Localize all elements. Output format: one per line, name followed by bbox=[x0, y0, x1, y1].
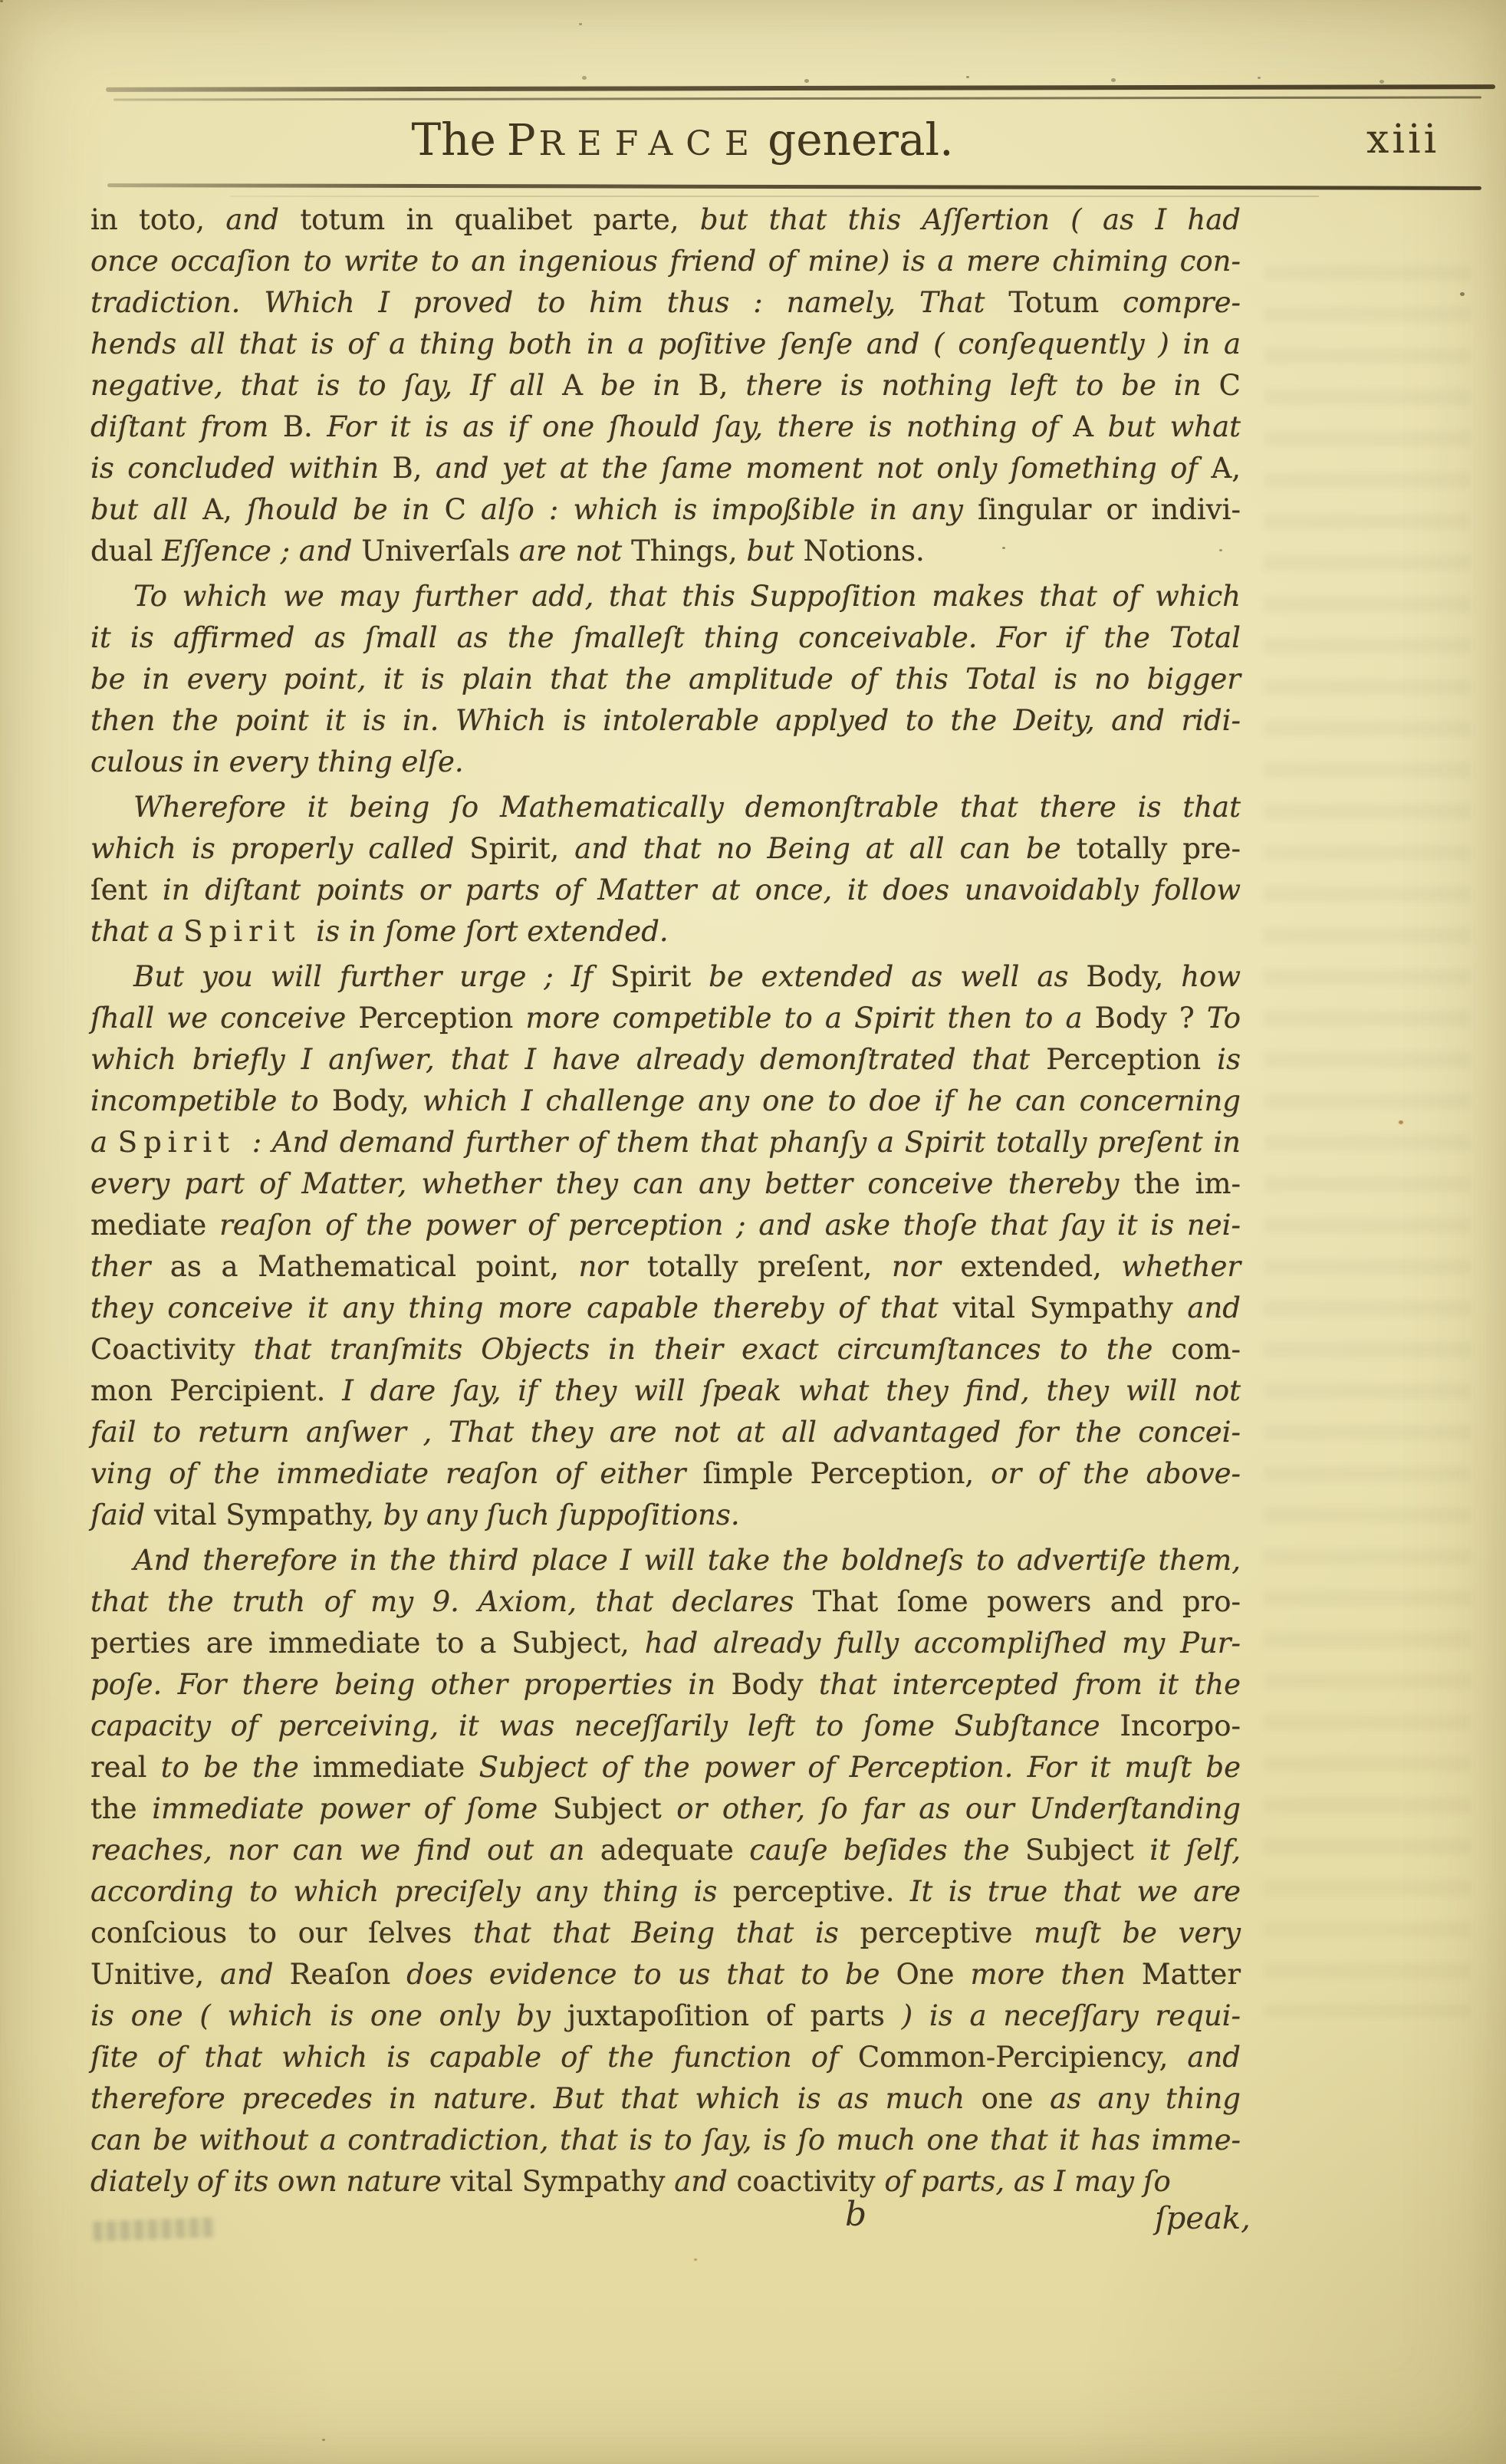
text-line: which briefly I anſwer, that I have alre… bbox=[90, 1039, 1241, 1081]
text-line: ſite of that which is capable of the fun… bbox=[90, 2037, 1241, 2078]
paragraph: in toto, and totum in qualibet parte, bu… bbox=[90, 199, 1241, 572]
header-rule-echo bbox=[230, 196, 1319, 197]
body-text: in toto, and totum in qualibet parte, bu… bbox=[90, 199, 1241, 2202]
paper-flecks bbox=[0, 0, 3, 2]
text-line: hends all that is of a thing both in a p… bbox=[90, 324, 1241, 365]
text-line: To which we may further add, that this S… bbox=[90, 576, 1241, 617]
signature-mark: b bbox=[845, 2195, 866, 2234]
text-line: ving of the immediate reaſon of either ſ… bbox=[90, 1453, 1241, 1495]
text-line: in toto, and totum in qualibet parte, bu… bbox=[90, 199, 1241, 241]
catchword: ſpeak, bbox=[1155, 2201, 1251, 2236]
top-rule-thick bbox=[106, 84, 1495, 92]
text-line: diately of its own nature vital Sympathy… bbox=[90, 2161, 1241, 2202]
text-line: it is affirmed as ſmall as the ſmalleſt … bbox=[90, 617, 1241, 659]
text-line: then the point it is in. Which is intole… bbox=[90, 700, 1241, 742]
text-line: be in every point, it is plain that the … bbox=[90, 659, 1241, 700]
text-line: incompetible to Body, which I challenge … bbox=[90, 1081, 1241, 1122]
text-line: but all A, ſhould be in C alſo : which i… bbox=[90, 489, 1241, 531]
text-line: therefore precedes in nature. But that w… bbox=[90, 2078, 1241, 2120]
text-line: Unitive, and Reaſon does evidence to us … bbox=[90, 1954, 1241, 1995]
text-line: ſaid vital Sympathy, by any ſuch ſuppoſi… bbox=[90, 1495, 1241, 1536]
show-through-stain bbox=[1264, 253, 1471, 2017]
header-rule bbox=[107, 183, 1481, 190]
text-line: Wherefore it being ſo Mathematically dem… bbox=[90, 787, 1241, 828]
text-line: But you will further urge ; If Spirit be… bbox=[90, 956, 1241, 998]
text-line: is one ( which is one only by juxtapoſit… bbox=[90, 1995, 1241, 2037]
show-through-stamp bbox=[94, 2217, 215, 2241]
text-line: that a Spirit is in ſome ſort extended. bbox=[90, 911, 1241, 952]
text-line: they conceive it any thing more capable … bbox=[90, 1288, 1241, 1329]
text-line: conſcious to our ſelves that that Being … bbox=[90, 1913, 1241, 1954]
text-line: diſtant from B. For it is as if one ſhou… bbox=[90, 406, 1241, 448]
text-line: is concluded within B, and yet at the ſa… bbox=[90, 448, 1241, 489]
text-line: once occaſion to write to an ingenious f… bbox=[90, 241, 1241, 282]
text-line: poſe. For there being other properties i… bbox=[90, 1664, 1241, 1706]
text-line: which is properly called Spirit, and tha… bbox=[90, 828, 1241, 870]
text-line: mon Percipient. I dare ſay, if they will… bbox=[90, 1370, 1241, 1412]
text-line: ſhall we conceive Perception more compet… bbox=[90, 998, 1241, 1039]
text-line: dual Eſſence ; and Univerſals are not Th… bbox=[90, 531, 1241, 572]
page-number: xiii bbox=[1366, 117, 1439, 163]
text-line: reaches, nor can we find out an adequate… bbox=[90, 1830, 1241, 1871]
paragraph: Wherefore it being ſo Mathematically dem… bbox=[90, 787, 1241, 952]
text-line: And therefore in the third place I will … bbox=[90, 1540, 1241, 1581]
text-line: tradiction. Which I proved to him thus :… bbox=[90, 282, 1241, 324]
running-header: ThePREFACE general. bbox=[107, 113, 1258, 166]
text-line: fail to return anſwer , That they are no… bbox=[90, 1412, 1241, 1453]
text-line: culous in every thing elſe. bbox=[90, 742, 1241, 783]
text-line: ſent in diſtant points or parts of Matte… bbox=[90, 870, 1241, 911]
paragraph: But you will further urge ; If Spirit be… bbox=[90, 956, 1241, 1536]
text-line: capacity of perceiving, it was neceſſari… bbox=[90, 1706, 1241, 1747]
header-word-preface: PREFACE bbox=[507, 143, 762, 158]
header-word-general: general. bbox=[768, 113, 953, 166]
text-line: ther as a Mathematical point, nor totall… bbox=[90, 1246, 1241, 1288]
paragraph: And therefore in the third place I will … bbox=[90, 1540, 1241, 2202]
text-line: mediate reaſon of the power of perceptio… bbox=[90, 1205, 1241, 1246]
text-line: real to be the immediate Subject of the … bbox=[90, 1747, 1241, 1788]
top-rule-thin bbox=[113, 96, 1481, 100]
text-line: a Spirit : And demand further of them th… bbox=[90, 1122, 1241, 1163]
text-line: Coactivity that tranſmits Objects in the… bbox=[90, 1329, 1241, 1370]
text-line: that the truth of my 9. Axiom, that decl… bbox=[90, 1581, 1241, 1623]
text-line: according to which preciſely any thing i… bbox=[90, 1871, 1241, 1913]
text-line: every part of Matter, whether they can a… bbox=[90, 1163, 1241, 1205]
header-word-the: The bbox=[411, 113, 495, 166]
text-line: can be without a contradiction, that is … bbox=[90, 2120, 1241, 2161]
book-page-scan: ThePREFACE general. xiii in toto, and to… bbox=[0, 0, 1506, 2464]
text-line: negative, that is to ſay, If all A be in… bbox=[90, 365, 1241, 406]
text-line: the immediate power of ſome Subject or o… bbox=[90, 1788, 1241, 1830]
text-line: perties are immediate to a Subject, had … bbox=[90, 1623, 1241, 1664]
paragraph: To which we may further add, that this S… bbox=[90, 576, 1241, 783]
